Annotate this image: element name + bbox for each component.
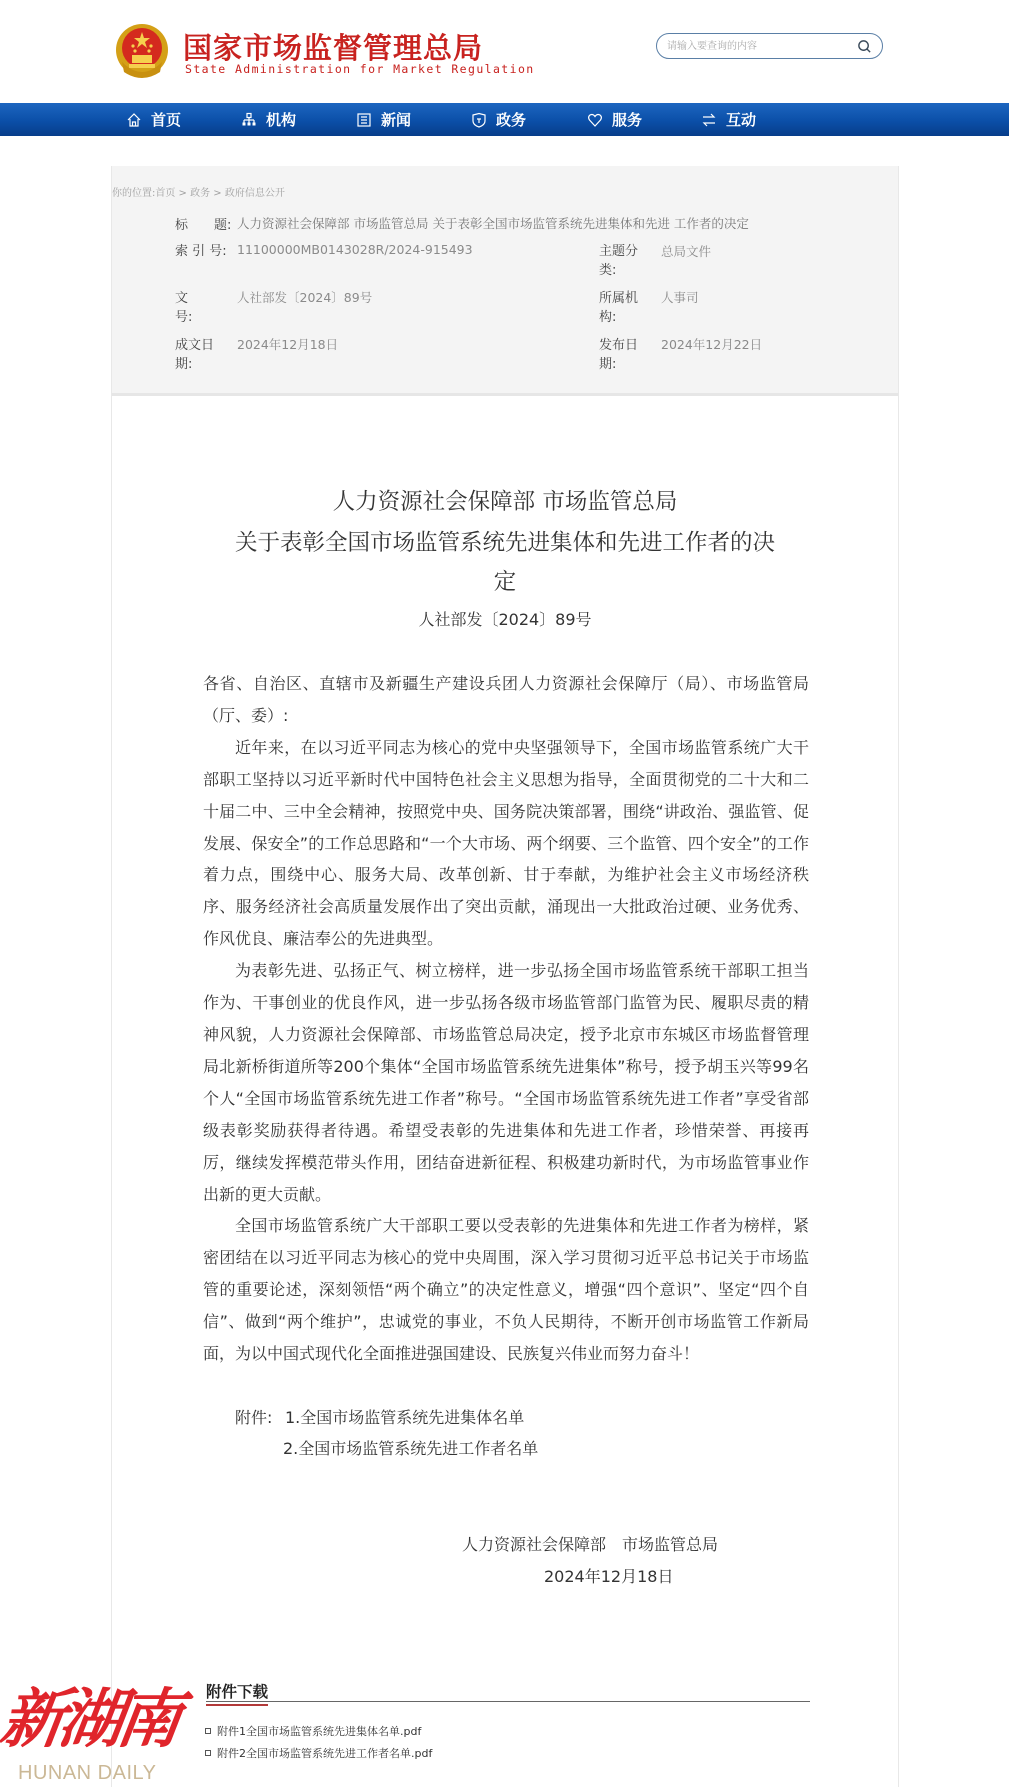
breadcrumb-separator: > [175, 188, 190, 199]
main-nav: 首页 机构 新闻 政务 服务 互动 [0, 103, 1009, 136]
download-link-label[interactable]: 附件2全国市场监管系统先进工作者名单.pdf [217, 1745, 432, 1761]
meta-index-value: 11100000MB0143028R/2024-915493 [237, 240, 473, 259]
breadcrumb-separator: > [210, 188, 225, 199]
breadcrumb-prefix: 你的位置: [112, 188, 155, 199]
nav-item-organization[interactable]: 机构 [241, 103, 296, 136]
shield-icon [471, 112, 487, 128]
square-bullet-icon [205, 1750, 211, 1756]
nav-label: 互动 [726, 109, 756, 130]
document-body: 各省、自治区、直辖市及新疆生产建设兵团人力资源社会保障厅（局）、市场监管局（厅、… [203, 668, 809, 1370]
meta-title-value: 人力资源社会保障部 市场监管总局 关于表彰全国市场监管系统先进集体和先进 工作者… [237, 214, 749, 232]
breadcrumb: 你的位置:首页 > 政务 > 政府信息公开 [112, 184, 285, 199]
heart-icon [587, 112, 603, 128]
nav-item-news[interactable]: 新闻 [356, 103, 411, 136]
search-icon[interactable] [857, 39, 872, 54]
attachment-2: 2.全国市场监管系统先进工作者名单 [283, 1436, 538, 1459]
search-input[interactable] [667, 38, 847, 55]
nav-label: 服务 [612, 109, 642, 130]
site-name-en: State Administration for Market Regulati… [185, 62, 535, 76]
document-title-line-2: 关于表彰全国市场监管系统先进集体和先进工作者的决 [112, 523, 898, 563]
meta-index-label: 索 引 号: [175, 242, 227, 261]
attachment-1: 1.全国市场监管系统先进集体名单 [285, 1405, 524, 1428]
breadcrumb-government-affairs[interactable]: 政务 [190, 188, 210, 199]
nav-label: 机构 [266, 109, 296, 130]
download-link-1[interactable]: 附件1全国市场监管系统先进集体名单.pdf [205, 1723, 421, 1739]
document-number: 人社部发〔2024〕89号 [112, 607, 898, 630]
paragraph: 全国市场监管系统广大干部职工要以受表彰的先进集体和先进工作者为榜样，紧密团结在以… [203, 1210, 809, 1370]
nav-item-services[interactable]: 服务 [587, 103, 642, 136]
meta-published-value: 2024年12月22日 [661, 335, 762, 354]
nav-label: 新闻 [381, 109, 411, 130]
meta-org-value: 人事司 [661, 288, 699, 307]
download-link-2[interactable]: 附件2全国市场监管系统先进工作者名单.pdf [205, 1745, 432, 1761]
site-name-cn[interactable]: 国家市场监督管理总局 [183, 26, 483, 67]
meta-category-value: 总局文件 [661, 242, 711, 261]
meta-created-value: 2024年12月18日 [237, 335, 338, 354]
nav-label: 政务 [496, 109, 526, 130]
square-bullet-icon [205, 1728, 211, 1734]
meta-category-label: 主题分类: [599, 242, 651, 280]
meta-org-label: 所属机构: [599, 289, 651, 327]
signature-organizations: 人力资源社会保障部 市场监管总局 [462, 1532, 718, 1555]
news-icon [356, 112, 372, 128]
exchange-icon [701, 112, 717, 128]
nav-item-government-affairs[interactable]: 政务 [471, 103, 526, 136]
national-emblem-icon [114, 22, 170, 80]
meta-doc-number-label: 文 号: [175, 289, 227, 327]
site-header: 国家市场监督管理总局 State Administration for Mark… [0, 0, 1009, 103]
search-box [656, 33, 883, 59]
meta-doc-number-value: 人社部发〔2024〕89号 [237, 288, 372, 307]
org-chart-icon [241, 112, 257, 128]
download-link-label[interactable]: 附件1全国市场监管系统先进集体名单.pdf [217, 1723, 421, 1739]
paragraph: 近年来，在以习近平同志为核心的党中央坚强领导下，全国市场监管系统广大干部职工坚持… [203, 732, 809, 955]
nav-item-interaction[interactable]: 互动 [701, 103, 756, 136]
document-title-line-1: 人力资源社会保障部 市场监管总局 [112, 482, 898, 522]
downloads-title: 附件下载 [206, 1680, 268, 1706]
meta-created-label: 成文日期: [175, 336, 227, 374]
nav-item-home[interactable]: 首页 [126, 103, 181, 136]
breadcrumb-home[interactable]: 首页 [155, 188, 175, 199]
attachments-label: 附件: [235, 1405, 272, 1428]
paragraph: 为表彰先进、弘扬正气、树立榜样，进一步弘扬全国市场监管系统干部职工担当作为、干事… [203, 955, 809, 1210]
breadcrumb-info-disclosure[interactable]: 政府信息公开 [225, 188, 285, 199]
nav-label: 首页 [151, 109, 181, 130]
salutation: 各省、自治区、直辖市及新疆生产建设兵团人力资源社会保障厅（局）、市场监管局（厅、… [203, 668, 809, 732]
document-title-line-3: 定 [112, 562, 898, 602]
article-container: 你的位置:首页 > 政务 > 政府信息公开 标 题: 人力资源社会保障部 市场监… [111, 166, 899, 1787]
downloads-header: 附件下载 [206, 1680, 810, 1702]
home-icon [126, 112, 142, 128]
meta-published-label: 发布日期: [599, 336, 651, 374]
signature-date: 2024年12月18日 [544, 1564, 673, 1587]
document-metadata-panel: 你的位置:首页 > 政务 > 政府信息公开 标 题: 人力资源社会保障部 市场监… [112, 166, 898, 396]
meta-title-label: 标 题: [175, 214, 231, 233]
